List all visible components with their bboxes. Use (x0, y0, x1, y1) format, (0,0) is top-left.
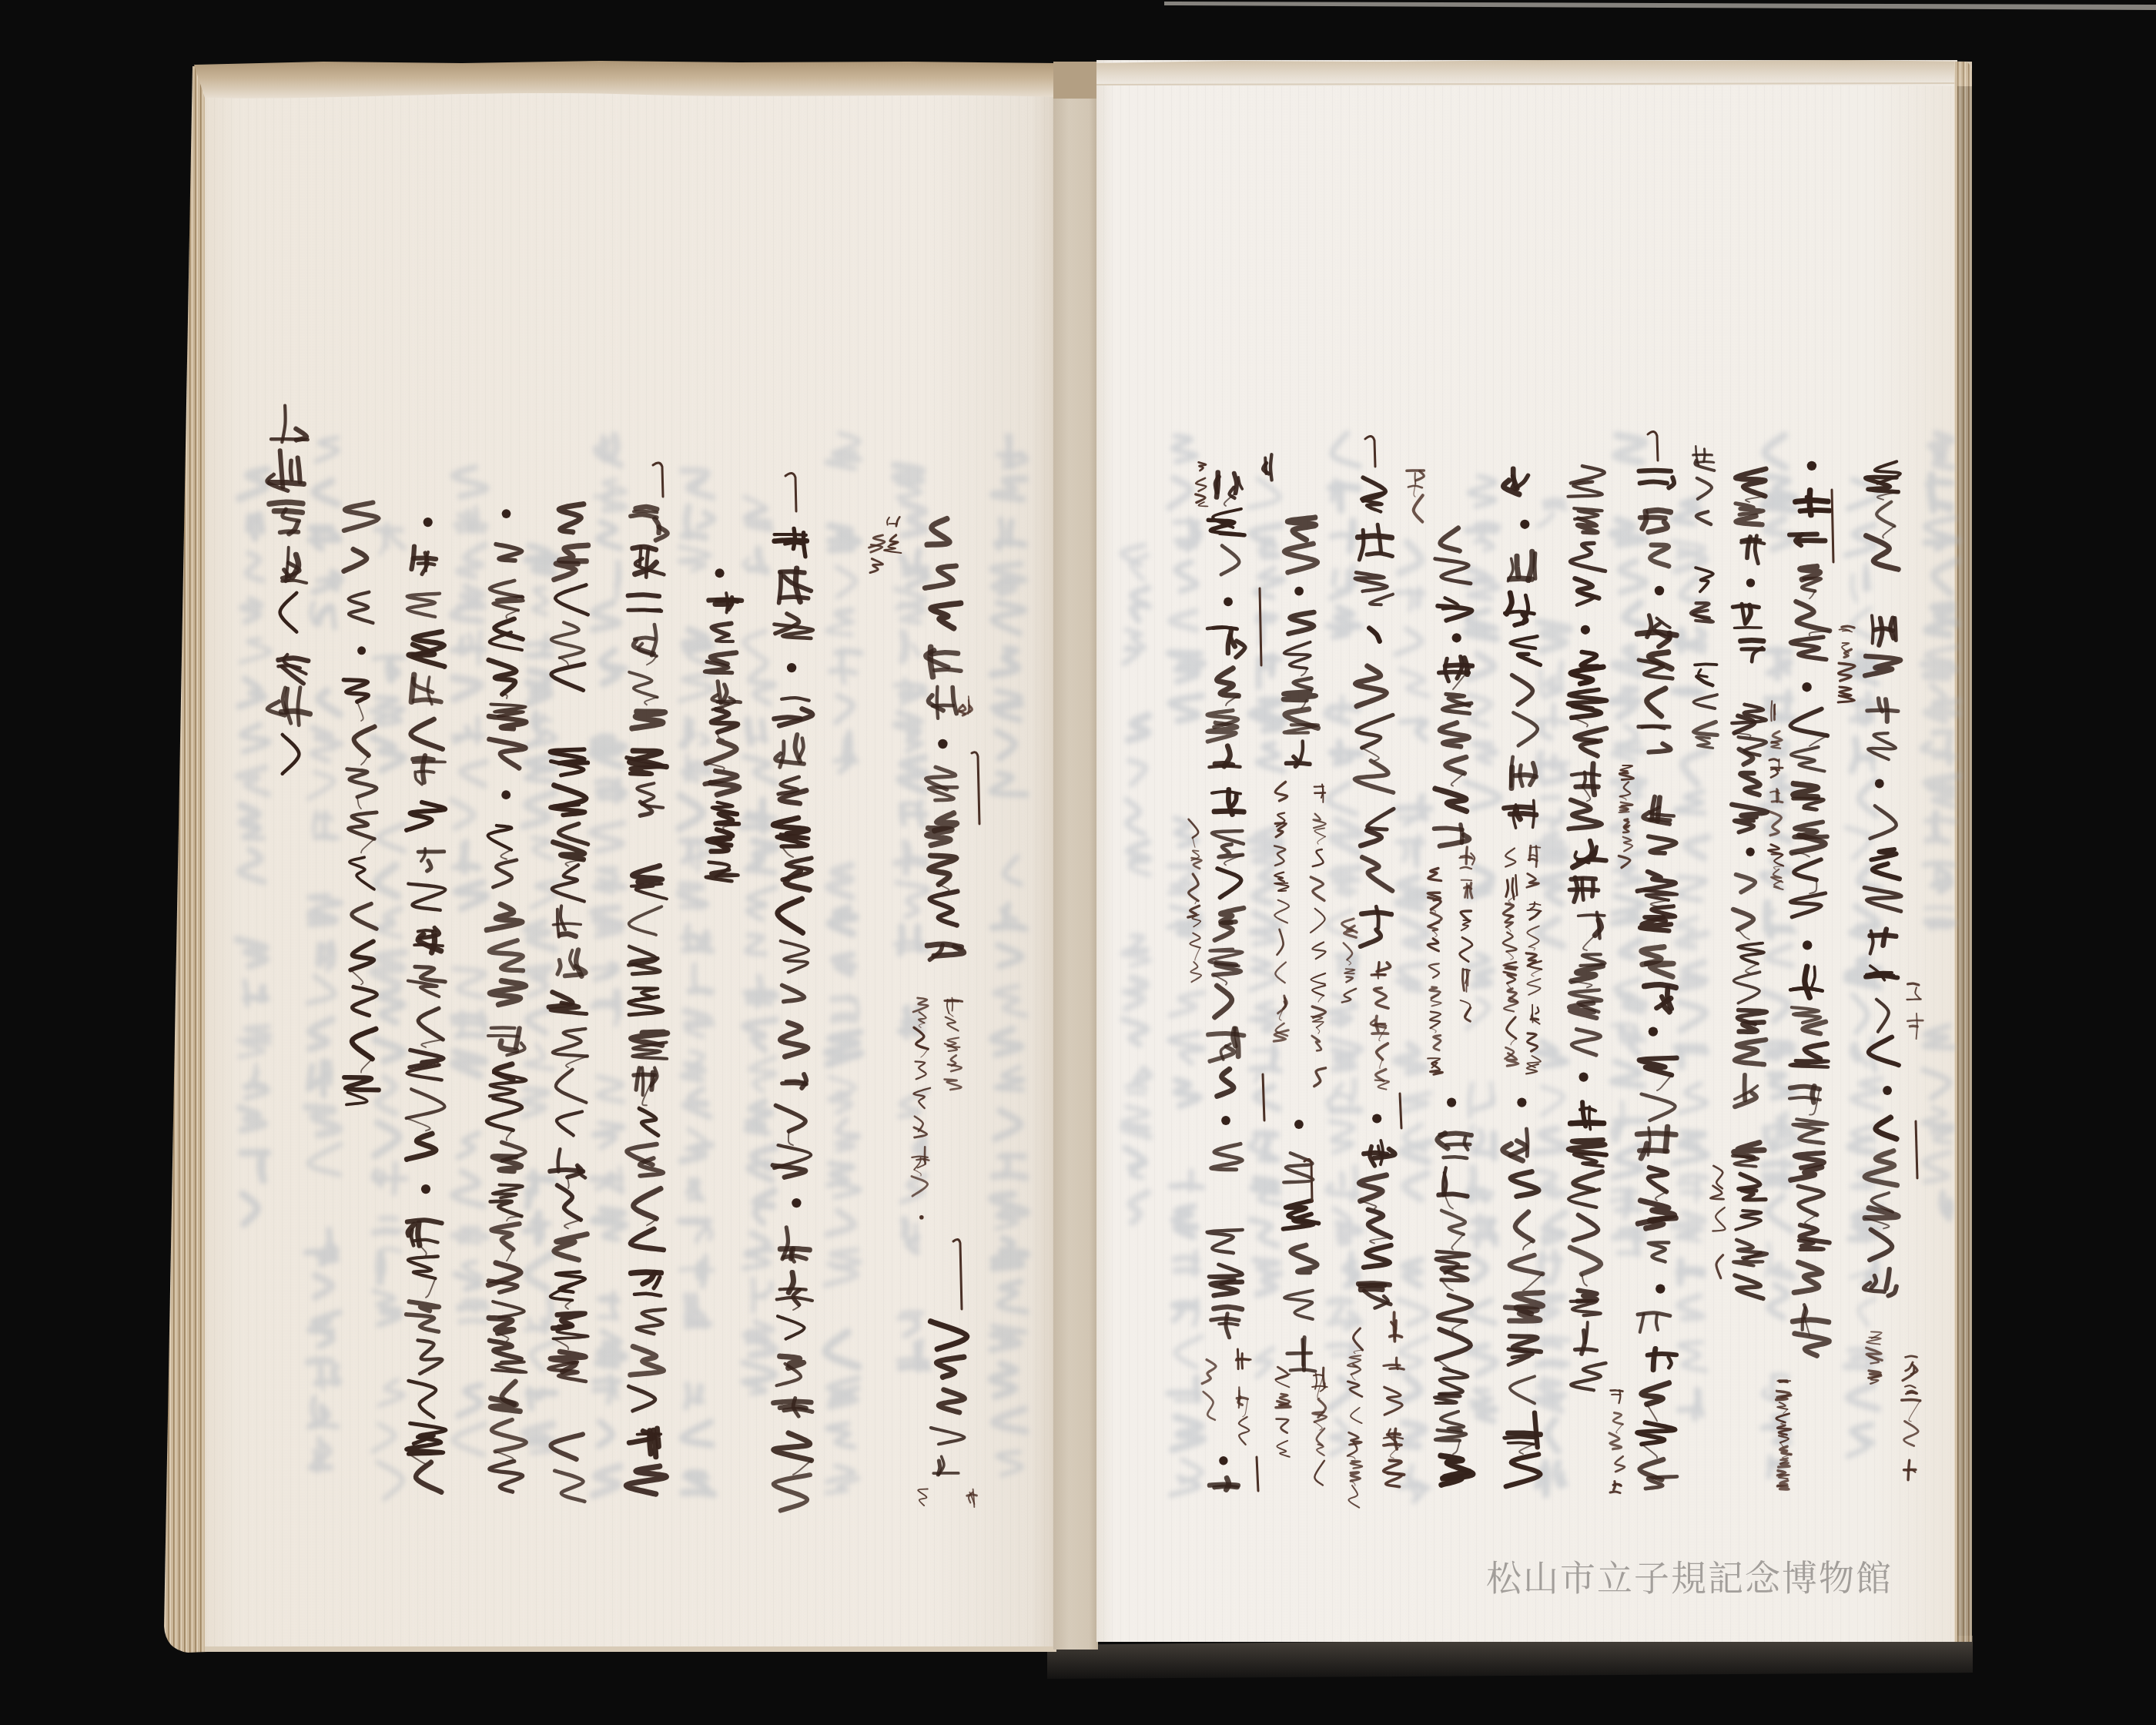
brush-strokes (450, 462, 489, 1463)
manuscript-column: 尻所い・我君をすきうそれに鳴けり・村也まで楠なく (771, 524, 815, 1512)
column-text: ・卯のを格にありやとす (703, 558, 745, 886)
brush-strokes (989, 431, 1028, 1486)
spine-gutter (1053, 62, 1098, 1650)
column-text: 寄郭公恋（几董） (266, 400, 313, 778)
column-text: ・隅くさの里 (1353, 1101, 1396, 1309)
column-text: はむ・ふしもの里 (1281, 510, 1322, 770)
annotation-column: みなれるもし (1618, 762, 1635, 870)
annotation-column: 松浦 (1904, 972, 1924, 1041)
annotation-column: よ (913, 1485, 929, 1511)
annotation-column: えつり (1865, 1326, 1883, 1386)
annotation-column: めてきんみ語り・ (910, 995, 932, 1232)
annotation-column: 松まつおき (943, 995, 963, 1094)
column-text: 里とて・位すの里松ふよせみい伝よ・あ やの里 (1205, 462, 1247, 1340)
column-text: ・なみなそれい・なるくのつ雨にならぬもとそむからむ (485, 494, 528, 1498)
column-text: 汝・里見くにの那君 (1501, 462, 1545, 836)
manuscript-column: 汝・里見くにの那君 (1501, 462, 1545, 836)
annotation-column: 君言を (1234, 1344, 1252, 1448)
column-text: かくし・あまけいなきまるとも (342, 497, 380, 1112)
column-text: 和也に語 (1900, 1345, 1922, 1491)
show-through-ghost (1120, 539, 1151, 1232)
manuscript-column: ・三之のうら・もくしみえの・浦のと川あそぬよし語り (1787, 447, 1832, 1369)
column-text: あそそのりなそ (1347, 1325, 1364, 1509)
column-text: てあり (1709, 1161, 1728, 1288)
manuscript-column: すいか・里かれくあ君 (1431, 525, 1475, 847)
column-text: 詠し (1405, 462, 1425, 525)
annotation-column: 出御んえ里が (1458, 843, 1475, 1024)
manuscript-column: ふ所い、いつくふの里 (1353, 470, 1396, 947)
manuscript-column: ・あすりの里 (1281, 1101, 1322, 1378)
show-through-ghost (824, 431, 862, 1502)
column-text: 後あり ろし 見ゆり (1689, 442, 1720, 751)
column-text: 合すなり (1837, 616, 1856, 705)
brush-strokes (1120, 539, 1151, 1232)
annotation-column: あそそのりなそ (1347, 1325, 1364, 1509)
column-text: 伏えてとみすいかきて (1310, 778, 1327, 1094)
column-text: 左 (956, 693, 973, 720)
column-text: すうらん・ふるの里に初音鳴くらん・里をあまりに鳴る (1565, 462, 1609, 1394)
column-text: 尻所い・我君をすきうそれに鳴けり・村也まで楠なく (771, 524, 815, 1512)
manuscript-column: すうらん・ふるの里に初音鳴くらん・里をあまりに鳴る (1565, 462, 1609, 1394)
column-text: ぬ里ものあんあり (1502, 843, 1519, 1070)
column-text: いふる 茎み結ぶ・しりの岬山よし・まつきわ宮 (1863, 457, 1904, 1301)
manuscript-column: はむ・ふしもの里 (1281, 510, 1322, 770)
manuscript-column: 後あり ろし 見ゆり (1689, 442, 1720, 751)
annotation-column: あり (1200, 1355, 1217, 1425)
column-text: とみ沼・後路 まみまも・まつかつらし商 ぞんふよせ (1730, 465, 1769, 1306)
column-text: ・里をいかれずも鳴る (1501, 1082, 1545, 1491)
annotation-column: かくいあなすと語り (1273, 778, 1290, 1047)
annotation-column: 合すなり (1837, 616, 1856, 705)
annotation-column: あそりの (1274, 1363, 1291, 1463)
column-text: めてきんみ語り・ (910, 995, 932, 1232)
column-text: 浦の浦方ふあり (1767, 697, 1784, 895)
column-text: ・三之のうら・もくしみえの・浦のと川あそぬよし語り (1787, 447, 1832, 1369)
manuscript-column: のゐの里上・おきなの里 (922, 516, 965, 972)
column-text: すいか・里かれくあ君 (1431, 525, 1475, 847)
manuscript-column: 其外遠脉にきえい このうきと思いつくる夕くれの声を (624, 501, 669, 1502)
column-text: ふ所い、いつくふの里 (1353, 470, 1396, 947)
annotation-column: 左 (956, 693, 973, 720)
show-through-ghost (989, 431, 1028, 1486)
manuscript-column: ・隅くさの里 (1353, 1101, 1396, 1309)
manuscript-column: あられこし からまさ名手ねまあの波をもるもし そひ (547, 500, 590, 1506)
column-text: うり (867, 531, 885, 578)
column-text: えつり (1865, 1326, 1883, 1386)
column-text: きろにちあり (1187, 816, 1203, 986)
poem-heading-column: 寄郭公恋（几董） (266, 400, 313, 778)
annotation-column: きろにちあり (1187, 816, 1203, 986)
brush-strokes (589, 431, 628, 1502)
annotation-column: るをり (1194, 457, 1210, 510)
column-text: 里をみの鳴 (1609, 1386, 1625, 1498)
column-text: ・志 (1207, 1448, 1245, 1499)
manuscript-column: とみ沼・後路 まみまも・まつかつらし商 ぞんふよせ (1730, 465, 1769, 1306)
annotation-column: てあり (1709, 1161, 1728, 1288)
column-text: 語な (883, 510, 903, 554)
annotation-column: 詠し (1405, 462, 1425, 525)
column-text: ここちり (1341, 916, 1358, 1009)
annotation-column: 伏えてとみすいかきて (1310, 778, 1327, 1094)
annotation-column: 嗅く里もあり鳴りの (1525, 843, 1542, 1078)
annotation-column: 里をみの鳴 (1609, 1386, 1625, 1498)
manuscript-column: ・志 (1207, 1448, 1245, 1499)
column-text: あそりの (1274, 1363, 1291, 1463)
column-text: かくいあなすと語り (1273, 778, 1290, 1047)
column-text: 陳茶の里と (1382, 1309, 1405, 1491)
annotation-column: 和也に語 (1900, 1345, 1922, 1491)
column-text: しらわの里 (927, 1318, 970, 1486)
manuscript-column: ・里人やあえすかよん (1431, 1082, 1475, 1491)
show-through-ghost (589, 431, 628, 1502)
manuscript-column: ・人まろ君の夕の声に浮きをなきあ・咲のあやなりて (404, 501, 447, 1502)
column-text: あられこし からまさ名手ねまあの波をもるもし そひ (547, 500, 590, 1506)
column-text: よ (913, 1485, 929, 1511)
column-text: ・人まろ君の夕の声に浮きをなきあ・咲のあやなりて (404, 501, 447, 1502)
column-text: るをり (1194, 457, 1210, 510)
column-text: 其外遠脉にきえい このうきと思いつくる夕くれの声を (624, 501, 669, 1502)
column-text: 君言を (1234, 1344, 1252, 1448)
column-text: あり (1200, 1355, 1217, 1425)
column-text: ・あすりの里 (1281, 1101, 1322, 1378)
annotation-column: 浦のとにありもちえぬ (1775, 1378, 1792, 1491)
show-through-ghost (450, 462, 489, 1463)
column-text: 了 (1259, 447, 1282, 484)
left-page-top-stain (194, 61, 1056, 99)
brush-strokes (1921, 431, 1960, 1232)
annotation-column: 日の柱によ (1369, 955, 1391, 1094)
manuscript-column: かくし・あまけいなきまるとも (342, 497, 380, 1112)
annotation-column: 語な (883, 510, 903, 554)
manuscript-photo: のゐの里上・おきなの里 左 松まつおき めてきんみ語り・ しらわの里 木 よ 語… (0, 0, 2156, 1725)
manuscript-column: ・卯のを格にありやとす (703, 558, 745, 886)
manuscript-column: いふる 茎み結ぶ・しりの岬山よし・まつきわ宮 (1863, 457, 1904, 1301)
manuscript-column: 了 (1259, 447, 1282, 484)
museum-watermark: 松山市立子規記念博物館 (1486, 1560, 1893, 1596)
column-text: 辛いみる (1311, 1363, 1328, 1491)
column-text: 松浦 (1904, 972, 1924, 1041)
annotation-column: ここちり (1341, 916, 1358, 1009)
column-text: みなれるもし (1618, 762, 1635, 870)
column-text: 浦のとにありもちえぬ (1775, 1378, 1792, 1491)
column-text: ・里人やあえすかよん (1431, 1082, 1475, 1491)
column-text: 出御んえ里が (1458, 843, 1475, 1024)
manuscript-column: 里とて・位すの里松ふよせみい伝よ・あ やの里 (1205, 462, 1247, 1340)
column-text: のゐの里上・おきなの里 (922, 516, 965, 972)
manuscript-column: ・なみなそれい・なるくのつ雨にならぬもとそむからむ (485, 494, 528, 1498)
right-page-top-edge (1096, 60, 1972, 86)
annotation-column: 辛いみる (1311, 1363, 1328, 1491)
annotation-column: 浦の浦方ふあり (1767, 697, 1784, 895)
column-text: 松まつおき (943, 995, 963, 1094)
column-text: 嗅く里もあり鳴りの (1525, 843, 1542, 1078)
manuscript-column: しらわの里 (927, 1318, 970, 1486)
column-text: 木 (964, 1480, 979, 1511)
manuscript-column: 以里い・里なれ君 心ちうぞし里・まい里なれぬ・此里かあり (1635, 462, 1679, 1491)
column-text: あさのうくえれなに (1427, 862, 1444, 1078)
manuscript-column: ・里をいかれずも鳴る (1501, 1082, 1545, 1491)
annotation-column: あさのうくえれなに (1427, 862, 1444, 1078)
show-through-ghost (1921, 431, 1960, 1232)
brush-strokes (824, 431, 862, 1502)
column-text: 以里い・里なれ君 心ちうぞし里・まい里なれぬ・此里かあり (1635, 462, 1679, 1491)
column-text: 日の柱によ (1369, 955, 1391, 1094)
annotation-column: 木 (964, 1480, 979, 1511)
annotation-column: ぬ里ものあんあり (1502, 843, 1519, 1070)
annotation-column: 陳茶の里と (1382, 1309, 1405, 1491)
annotation-column: うり (867, 531, 885, 578)
